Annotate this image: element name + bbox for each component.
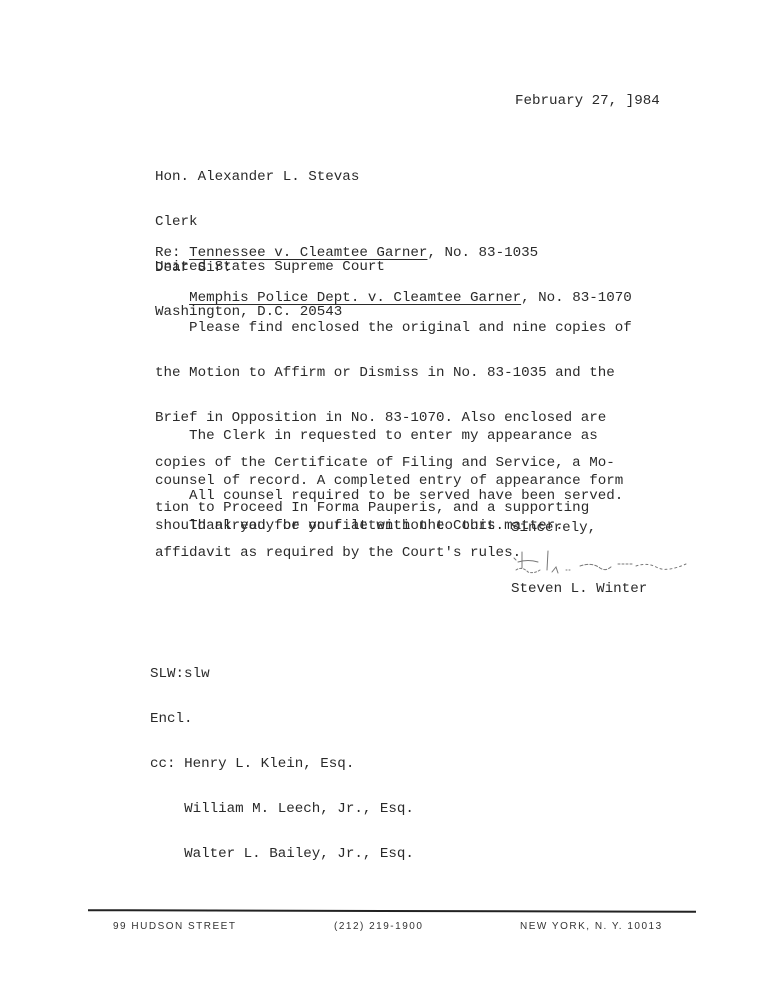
cc-label: cc: (150, 756, 176, 772)
letter-notations: SLW:slw Encl. cc: Henry L. Klein, Esq. W… (150, 637, 414, 892)
enclosure-notation: Encl. (150, 712, 414, 727)
paragraph-line: the Motion to Affirm or Dismiss in No. 8… (155, 366, 632, 381)
reference-initials: SLW:slw (150, 667, 414, 682)
cc-recipient: William M. Leech, Jr., Esq. (184, 801, 414, 817)
recipient-line: Hon. Alexander L. Stevas (155, 170, 385, 185)
letter-date: February 27, ]984 (515, 94, 660, 109)
cc-recipient: Walter L. Bailey, Jr., Esq. (184, 846, 414, 862)
footer-city: NEW YORK, N. Y. 10013 (520, 921, 663, 932)
salutation: Dear Sir: (155, 261, 232, 276)
footer-phone: (212) 219-1900 (334, 921, 423, 932)
closing: Sincerely, (511, 521, 596, 536)
case-number: , No. 83-1035 (427, 245, 538, 261)
cc-recipient: Henry L. Klein, Esq. (184, 756, 354, 772)
paragraph-line: Please find enclosed the original and ni… (155, 321, 632, 336)
paragraph-line: The Clerk in requested to enter my appea… (155, 429, 623, 444)
signer-name: Steven L. Winter (511, 582, 647, 597)
signature-icon (508, 548, 698, 584)
re-label: Re: (155, 245, 181, 261)
footer-address: 99 HUDSON STREET (113, 921, 236, 932)
body-paragraph: Thank you for your attention to this mat… (155, 489, 564, 564)
footer-divider (88, 909, 696, 913)
paragraph-line: Thank you for your attention to this mat… (155, 519, 564, 534)
case-title: Tennessee v. Cleamtee Garner (189, 245, 427, 261)
